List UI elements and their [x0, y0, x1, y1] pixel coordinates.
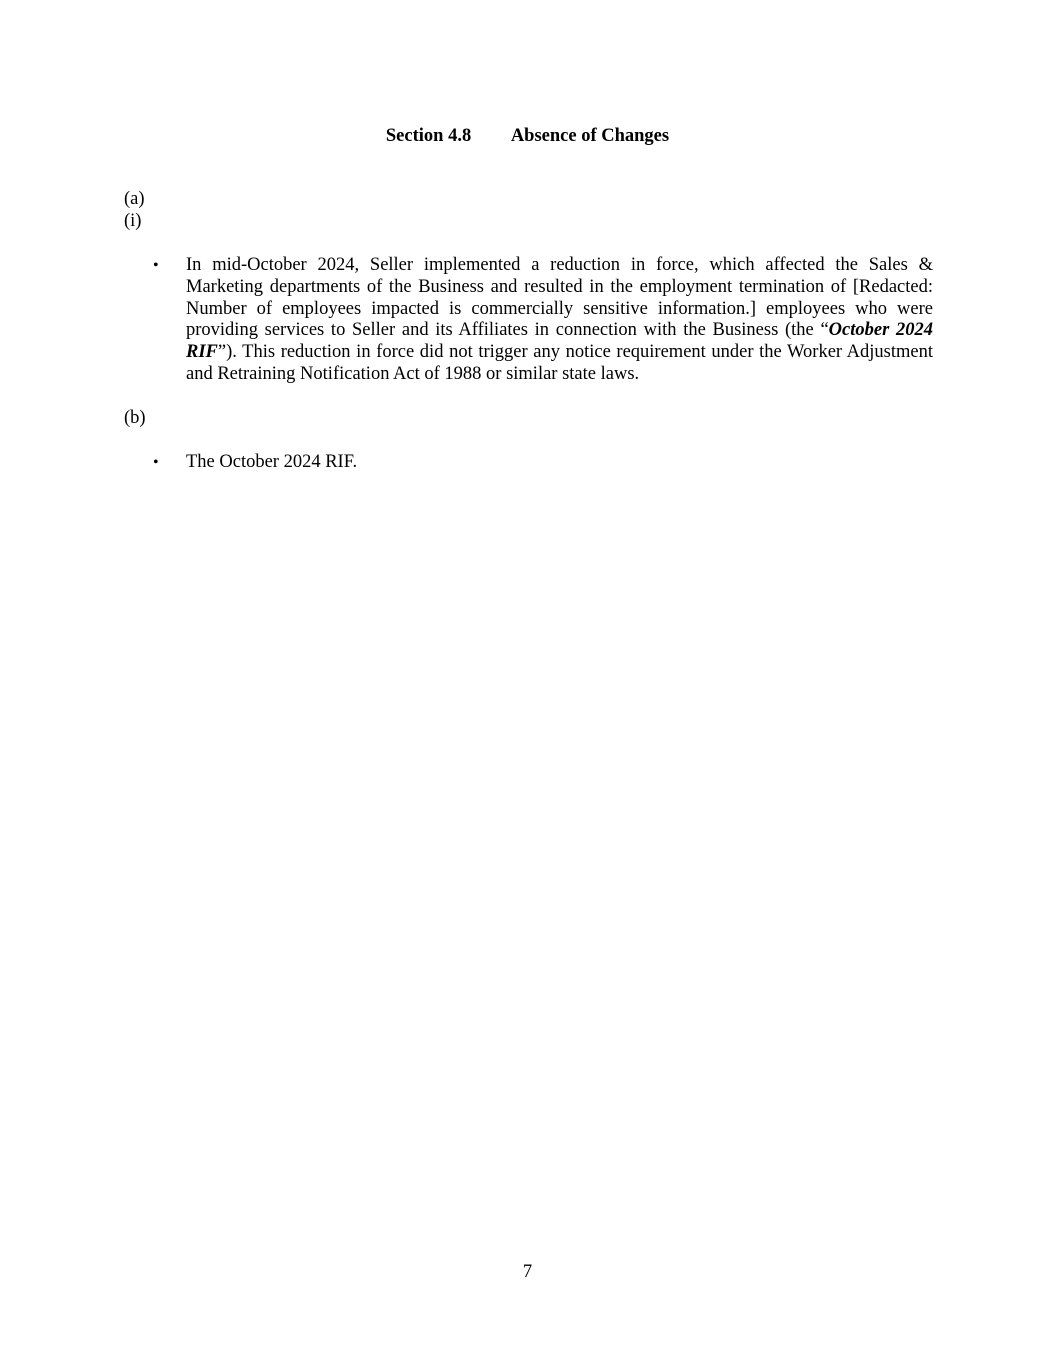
section-title: Absence of Changes	[511, 126, 669, 146]
section-heading: Section 4.8 Absence of Changes	[0, 124, 1055, 148]
clause-label-a: (a)	[124, 188, 145, 210]
clause-label-i: (i)	[124, 210, 141, 232]
bullet-item-rif-description: • In mid-October 2024, Seller implemente…	[153, 255, 933, 386]
bullet-text: The October 2024 RIF.	[186, 452, 933, 474]
page-number: 7	[0, 1261, 1055, 1283]
clause-label-b: (b)	[124, 407, 146, 429]
bullet-item-rif-reference: • The October 2024 RIF.	[153, 452, 933, 474]
bullet-icon: •	[153, 452, 183, 474]
bullet-text: In mid-October 2024, Seller implemented …	[186, 255, 933, 386]
bullet-icon: •	[153, 255, 183, 277]
section-number: Section 4.8	[386, 126, 471, 146]
